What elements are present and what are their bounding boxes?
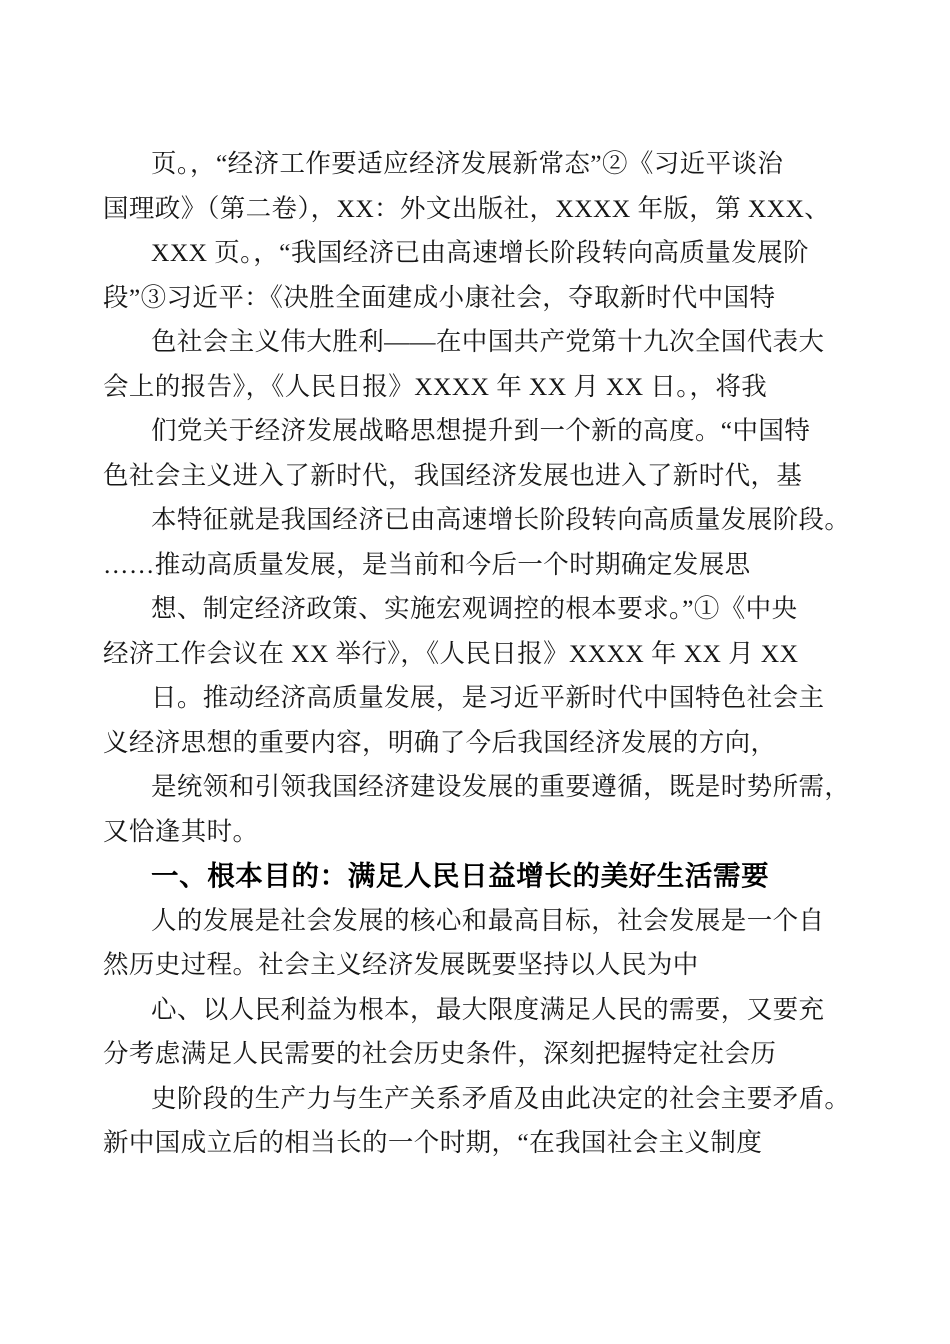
document-page: 页。，“经济工作要适应经济发展新常态”②《习近平谈治国理政》（第二卷），XX：外… [0,0,950,1344]
section-heading: 一、根本目的：满足人民日益增长的美好生活需要 [103,854,875,899]
text-line: 然历史过程。社会主义经济发展既要坚持以人民为中 [103,943,875,988]
text-line: 页。，“经济工作要适应经济发展新常态”②《习近平谈治 [103,142,875,187]
text-line: 人的发展是社会发展的核心和最高目标，社会发展是一个自 [103,899,875,944]
text-line: 新中国成立后的相当长的一个时期，“在我国社会主义制度 [103,1121,875,1166]
text-line: 义经济思想的重要内容，明确了今后我国经济发展的方向， [103,721,875,766]
text-line: 们党关于经济发展战略思想提升到一个新的高度。“中国特 [103,409,875,454]
text-block: 页。，“经济工作要适应经济发展新常态”②《习近平谈治国理政》（第二卷），XX：外… [103,142,875,1166]
text-line: XXX 页。，“我国经济已由高速增长阶段转向高质量发展阶 [103,231,875,276]
text-line: 想、制定经济政策、实施宏观调控的根本要求。”①《中央 [103,587,875,632]
text-line: 是统领和引领我国经济建设发展的重要遵循，既是时势所需， [103,765,875,810]
text-line: 心、以人民利益为根本，最大限度满足人民的需要，又要充 [103,988,875,1033]
text-line: 史阶段的生产力与生产关系矛盾及由此决定的社会主要矛盾。 [103,1077,875,1122]
text-line: 日。推动经济高质量发展，是习近平新时代中国特色社会主 [103,676,875,721]
text-line: 色社会主义伟大胜利——在中国共产党第十九次全国代表大 [103,320,875,365]
text-line: 又恰逢其时。 [103,810,875,855]
text-line: 国理政》（第二卷），XX：外文出版社，XXXX 年版，第 XXX、 [103,187,875,232]
text-line: ……推动高质量发展，是当前和今后一个时期确定发展思 [103,543,875,588]
text-line: 分考虑满足人民需要的社会历史条件，深刻把握特定社会历 [103,1032,875,1077]
text-line: 本特征就是我国经济已由高速增长阶段转向高质量发展阶段。 [103,498,875,543]
text-line: 会上的报告》，《人民日报》XXXX 年 XX 月 XX 日。，将我 [103,365,875,410]
text-line: 色社会主义进入了新时代，我国经济发展也进入了新时代，基 [103,454,875,499]
text-line: 段”③习近平：《决胜全面建成小康社会，夺取新时代中国特 [103,276,875,321]
text-line: 经济工作会议在 XX 举行》，《人民日报》XXXX 年 XX 月 XX [103,632,875,677]
